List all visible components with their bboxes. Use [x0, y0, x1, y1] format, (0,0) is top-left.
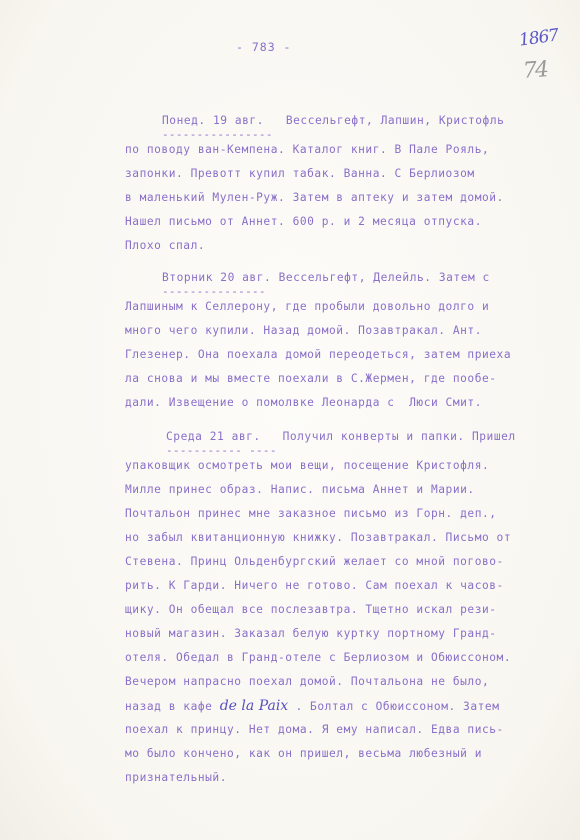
entry-line: новый магазин. Заказал белую куртку порт… [125, 627, 497, 641]
handwritten-folio-number: 74 [522, 57, 548, 84]
entry-line: рить. К Гарди. Ничего не готово. Сам пое… [125, 579, 504, 593]
handwritten-insertion: de la Paix [220, 698, 288, 714]
page-number: - 783 - [236, 40, 291, 54]
typed-text: назад в кафе [125, 700, 220, 713]
entry-line: признательный. [125, 771, 227, 785]
entry-line: Почтальон принес мне заказное письмо из … [125, 507, 497, 521]
heading-underline: ----------- ---- [166, 446, 277, 456]
entry-line: Плохо спал. [125, 239, 205, 253]
typed-text: . Болтал с Обюиссоном. Затем [288, 700, 499, 713]
entry-line: по поводу ван-Кемпена. Каталог книг. В П… [125, 143, 489, 157]
entry-line-with-handwriting: назад в кафе de la Paix . Болтал с Обюис… [125, 699, 499, 714]
entry-first-line: Среда 21 авг. Получил конверты и папки. … [166, 430, 516, 444]
handwritten-year-annotation: 1867 [518, 25, 560, 50]
entry-line: щику. Он обещал все послезавтра. Тщетно … [125, 603, 497, 617]
entry-line: Глезенер. Она поехала домой переодеться,… [125, 348, 511, 362]
entry-line: много чего купили. Назад домой. Позавтра… [125, 324, 482, 338]
entry-line: Лапшиным к Селлерону, где пробыли доволь… [125, 300, 489, 314]
entry-line: Милле принес образ. Напис. письма Аннет … [125, 483, 475, 497]
entry-line: ла снова и мы вместе поехали в С.Жермен,… [125, 372, 497, 386]
entry-line: мо было кончено, как он пришел, весьма л… [125, 747, 482, 761]
entry-first-line: Понед. 19 авг. Вессельгефт, Лапшин, Крис… [162, 114, 504, 128]
heading-underline: ---------------- [162, 130, 273, 140]
entry-line: отеля. Обедал в Гранд-отеле с Берлиозом … [125, 651, 511, 665]
entry-line: в маленький Мулен-Руж. Затем в аптеку и … [125, 191, 504, 205]
entry-line: запонки. Превотт купил табак. Ванна. С Б… [125, 167, 475, 181]
entry-line: дали. Извещение о помолвке Леонарда с Лю… [125, 396, 482, 410]
entry-line: поехал к принцу. Нет дома. Я ему написал… [125, 723, 504, 737]
entry-line: Вечером напрасно поехал домой. Почтальон… [125, 675, 489, 689]
entry-line: Стевена. Принц Ольденбургский желает со … [125, 555, 504, 569]
entry-line: но забыл квитанционную книжку. Позавтрак… [125, 531, 511, 545]
heading-underline: --------------- [162, 287, 266, 297]
entry-first-line: Вторник 20 авг. Вессельгефт, Делейль. За… [162, 271, 490, 285]
entry-line: Нашел письмо от Аннет. 600 р. и 2 месяца… [125, 215, 482, 229]
document-page: - 783 - 1867 74 Понед. 19 авг. Вессельге… [0, 0, 580, 840]
entry-line: упаковщик осмотреть мои вещи, посещение … [125, 459, 489, 473]
